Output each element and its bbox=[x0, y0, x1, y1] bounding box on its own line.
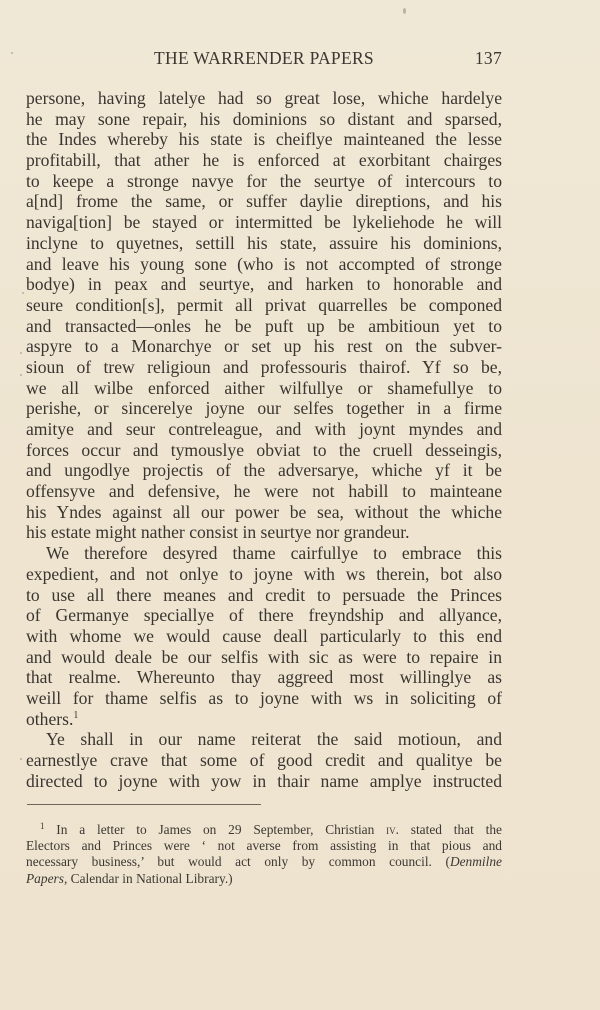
text-line: profitabill, that ather he is enforced a… bbox=[26, 150, 502, 171]
text-line: sioun of trew religioun and professouris… bbox=[26, 357, 502, 378]
footnote-line: Papers, Calendar in National Library.) bbox=[26, 871, 502, 887]
text-line: and leave his young sone (who is not acc… bbox=[26, 254, 502, 275]
text-line: that realme. Whereunto thay aggreed most… bbox=[26, 667, 502, 688]
book-page: THE WARRENDER PAPERS 137 persone, having… bbox=[0, 0, 600, 1010]
text-line: a[nd] frome the same, or suffer daylie d… bbox=[26, 191, 502, 212]
text-line: of Germanye speciallye of there freyndsh… bbox=[26, 605, 502, 626]
text-fragment: iv bbox=[386, 822, 396, 837]
text-line: offensyve and defensive, he were not hab… bbox=[26, 481, 502, 502]
text-line: his Yndes against all our power be sea, … bbox=[26, 502, 502, 523]
text-line: naviga[tion] be stayed or intermitted be… bbox=[26, 212, 502, 233]
text-line: earnestlye crave that some of good credi… bbox=[26, 750, 502, 771]
text-line: the Indes whereby his state is cheiflye … bbox=[26, 129, 502, 150]
paper-speck bbox=[20, 374, 22, 376]
text-line: to keepe a stronge navye for the seurtye… bbox=[26, 171, 502, 192]
text-line: and would deale be our selfis with sic a… bbox=[26, 647, 502, 668]
footnote-line: Electors and Princes were ‘ not averse f… bbox=[26, 838, 502, 854]
running-head: THE WARRENDER PAPERS 137 bbox=[26, 48, 502, 68]
footnote-reference[interactable]: 1 bbox=[73, 710, 78, 721]
paper-speck bbox=[20, 758, 22, 760]
footnote-line: necessary business,’ but would act only … bbox=[26, 854, 502, 870]
text-line: and ungodlye projectis of the adversarye… bbox=[26, 460, 502, 481]
text-line: We therefore desyred thame cairfullye to… bbox=[26, 543, 502, 564]
text-fragment: . stated that the bbox=[396, 822, 502, 837]
footnote-marker: 1 bbox=[40, 821, 45, 831]
page-number: 137 bbox=[475, 48, 502, 69]
text-fragment: necessary business,’ but would act only … bbox=[26, 854, 450, 869]
text-line: persone, having latelye had so great los… bbox=[26, 88, 502, 109]
text-line: perishe, or sincerelye joyne our selfes … bbox=[26, 398, 502, 419]
text-line: and transacted—onles he be puft up be am… bbox=[26, 316, 502, 337]
text-fragment: Papers bbox=[26, 871, 64, 886]
text-fragment: In a letter to James on 29 September, Ch… bbox=[56, 822, 386, 837]
running-title: THE WARRENDER PAPERS bbox=[26, 48, 502, 69]
text-line: forces occur and tymouslye obviat to the… bbox=[26, 440, 502, 461]
text-fragment: Denmilne bbox=[450, 854, 502, 869]
paper-speck bbox=[403, 8, 406, 14]
paper-speck bbox=[22, 292, 24, 294]
text-line: expedient, and not onlye to joyne with w… bbox=[26, 564, 502, 585]
text-line: to use all there meanes and credit to pe… bbox=[26, 585, 502, 606]
paragraph-2: We therefore desyred thame cairfullye to… bbox=[26, 543, 502, 729]
footnote-divider bbox=[27, 804, 261, 805]
text-line: amitye and seur contreleague, and with j… bbox=[26, 419, 502, 440]
text-line: directed to joyne with yow in thair name… bbox=[26, 771, 502, 792]
body-text: persone, having latelye had so great los… bbox=[26, 88, 502, 791]
text-line: inclyne to quyetnes, settill his state, … bbox=[26, 233, 502, 254]
text-line: his estate might nather consist in seurt… bbox=[26, 522, 502, 543]
text-fragment: , Calendar in National Library.) bbox=[64, 871, 233, 886]
text-line: Ye shall in our name reiterat the said m… bbox=[26, 729, 502, 750]
paper-speck bbox=[20, 352, 22, 354]
text-line: aspyre to a Monarchye or set up his rest… bbox=[26, 336, 502, 357]
text-line: weill for thame selfis as to joyne with … bbox=[26, 688, 502, 709]
text-line: bodye) in peax and seurtye, and harken t… bbox=[26, 274, 502, 295]
paragraph-1: persone, having latelye had so great los… bbox=[26, 88, 502, 543]
text-line: we all wilbe enforced aither wilfullye o… bbox=[26, 378, 502, 399]
footnote: 1 In a letter to James on 29 September, … bbox=[26, 822, 502, 887]
text-fragment: others. bbox=[26, 709, 73, 729]
text-line: seure condition[s], permit all privat qu… bbox=[26, 295, 502, 316]
text-line: with whome we would cause deall particul… bbox=[26, 626, 502, 647]
paragraph-3: Ye shall in our name reiterat the said m… bbox=[26, 729, 502, 791]
paper-speck bbox=[11, 52, 13, 54]
text-line: others.1 bbox=[26, 709, 502, 730]
footnote-line: 1 In a letter to James on 29 September, … bbox=[26, 822, 502, 838]
text-line: he may sone repair, his dominions so dis… bbox=[26, 109, 502, 130]
